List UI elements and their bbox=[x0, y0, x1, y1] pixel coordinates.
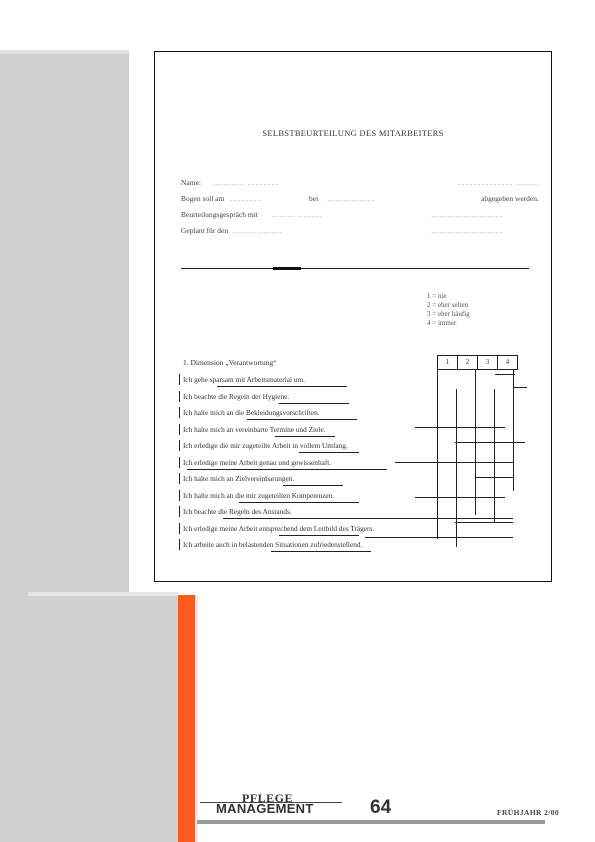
gray-ledge bbox=[28, 592, 178, 596]
gray-side-panel bbox=[0, 50, 129, 595]
rating-grid-line bbox=[494, 389, 495, 523]
form-title: SELBSTBEURTEILUNG DES MITARBEITERS bbox=[155, 128, 551, 138]
brand-management: MANAGEMENT bbox=[216, 801, 314, 816]
field-label: Beurteilungsgespräch mit bbox=[181, 210, 258, 219]
field-name: Name: ………… ………… ………………… ……… bbox=[181, 178, 279, 187]
checklist-item: Ich halte mich an die Bekleidungsvorschr… bbox=[179, 407, 320, 418]
orange-accent-bar bbox=[178, 595, 195, 842]
checklist-item: Ich halte mich an vereinbarte Termine un… bbox=[179, 424, 325, 435]
item-underline bbox=[187, 469, 387, 470]
rating-grid-line bbox=[437, 369, 438, 539]
item-underline bbox=[279, 535, 359, 536]
issue-label: FRÜHJAHR 2/00 bbox=[497, 808, 559, 817]
rating-legend: 1 = nie 2 = eher selten 3 = eher häufig … bbox=[427, 292, 470, 328]
field-label-mid: bei bbox=[309, 194, 318, 203]
item-underline bbox=[239, 502, 359, 503]
rating-grid-line bbox=[455, 442, 525, 443]
field-dots: ……… ……… bbox=[272, 210, 322, 219]
checklist-item: Ich beachte die Regeln der Hygiene. bbox=[179, 391, 289, 402]
field-deadline: Bogen soll am ………… bei ……………… abgegeben … bbox=[181, 194, 262, 203]
item-underline bbox=[271, 551, 371, 552]
item-underline bbox=[299, 452, 359, 453]
rating-grid-line bbox=[365, 537, 513, 538]
scale-4: 4 bbox=[497, 356, 517, 369]
field-suffix: abgegeben werden. bbox=[481, 194, 539, 203]
form-frame: SELBSTBEURTEILUNG DES MITARBEITERS Name:… bbox=[154, 51, 552, 582]
field-label: Geplant für den bbox=[181, 226, 228, 235]
field-dots: ………… bbox=[230, 194, 262, 203]
rating-grid-line bbox=[513, 387, 527, 388]
checklist-item: Ich erledige meine Arbeit genau und gewi… bbox=[179, 457, 331, 468]
field-label: Name: bbox=[181, 178, 201, 187]
scale-1: 1 bbox=[438, 356, 457, 369]
rating-grid-line bbox=[415, 427, 505, 428]
item-underline bbox=[275, 436, 335, 437]
footer-bar bbox=[197, 820, 545, 824]
rating-grid-line bbox=[475, 477, 513, 478]
checklist-item: Ich erledige die mir zugeteilte Arbeit i… bbox=[179, 440, 348, 451]
checklist-item: Ich arbeite auch in belastenden Situatio… bbox=[179, 539, 362, 550]
gray-panel-edge bbox=[0, 50, 129, 54]
field-dots-right: ………………… ……… bbox=[457, 178, 539, 187]
scale-3: 3 bbox=[477, 356, 497, 369]
item-underline bbox=[217, 386, 347, 387]
checklist-item: Ich gehe sparsam mit Arbeitsmaterial um. bbox=[179, 374, 305, 385]
item-underline bbox=[247, 419, 357, 420]
field-dots-right: ……………………… bbox=[431, 210, 503, 219]
field-dots-mid: ……………… bbox=[327, 194, 375, 203]
checklist-item: Ich erledige meine Arbeit entsprechend d… bbox=[179, 523, 374, 534]
legend-item: 1 = nie bbox=[427, 292, 470, 301]
field-interview: Beurteilungsgespräch mit ……… ……… …………………… bbox=[181, 210, 322, 219]
legend-item: 2 = eher selten bbox=[427, 301, 470, 310]
field-label: Bogen soll am bbox=[181, 194, 224, 203]
rating-grid-line bbox=[455, 522, 513, 523]
rating-grid-line bbox=[395, 462, 513, 463]
checklist-item: Ich halte mich an die mir zugeteilten Ko… bbox=[179, 490, 334, 501]
field-dots: ………… ………… bbox=[213, 178, 279, 187]
field-dots: ……… ……… bbox=[232, 226, 282, 235]
item-underline bbox=[223, 518, 513, 519]
legend-item: 3 = eher häufig bbox=[427, 310, 470, 319]
rating-grid-line bbox=[495, 374, 515, 375]
page-number: 64 bbox=[370, 797, 391, 819]
field-dots-right: ……………………… bbox=[431, 226, 503, 235]
separator-accent bbox=[273, 267, 301, 270]
rating-grid-line bbox=[456, 389, 457, 547]
rating-grid-line bbox=[415, 497, 505, 498]
checklist-item: Ich beachte die Regeln des Anstands. bbox=[179, 506, 292, 517]
scale-2: 2 bbox=[457, 356, 477, 369]
legend-item: 4 = immer bbox=[427, 319, 470, 328]
rating-scale-header: 1 2 3 4 bbox=[437, 355, 518, 370]
separator-line bbox=[181, 268, 529, 269]
item-underline bbox=[279, 403, 349, 404]
checklist-item: Ich halte mich an Zielvereinbarungen. bbox=[179, 473, 294, 484]
field-planned: Geplant für den ……… ……… ……………………… bbox=[181, 226, 282, 235]
gray-lower-panel bbox=[0, 595, 178, 842]
item-underline bbox=[283, 485, 343, 486]
section-title: 1. Dimension „Verantwortung“ bbox=[183, 358, 277, 367]
